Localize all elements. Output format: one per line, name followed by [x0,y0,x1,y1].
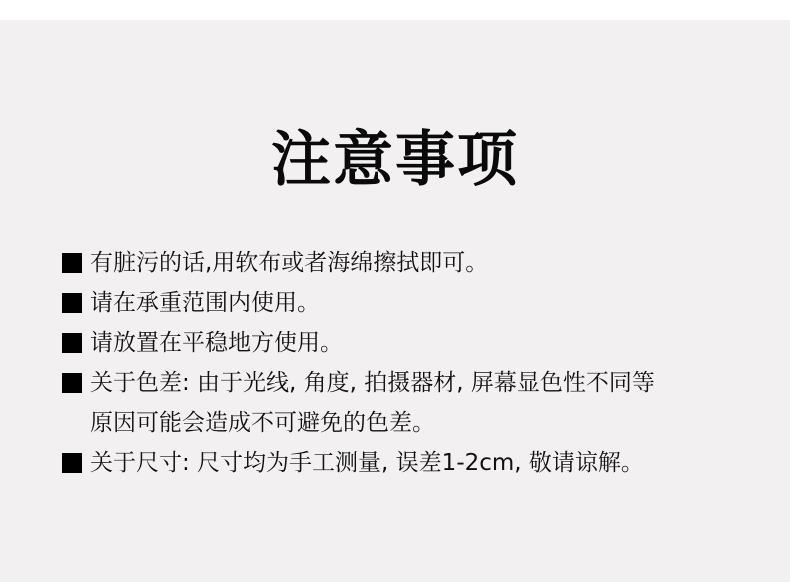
square-bullet-icon [62,453,82,473]
list-item: 请在承重范围内使用。 [62,283,762,323]
page-title: 注意事项 [0,124,790,196]
note-text: 原因可能会造成不可避免的色差。 [90,403,435,443]
list-item: 有脏污的话,用软布或者海绵擦拭即可。 [62,243,762,283]
note-text: 关于尺寸: 尺寸均为手工测量, 误差1-2cm, 敬请谅解。 [90,443,644,483]
note-text: 请在承重范围内使用。 [90,283,320,323]
square-bullet-icon [62,333,82,353]
list-item: 关于色差: 由于光线, 角度, 拍摄器材, 屏幕显色性不同等 [62,363,762,403]
list-item: 请放置在平稳地方使用。 [62,323,762,363]
square-bullet-icon [62,373,82,393]
square-bullet-icon [62,293,82,313]
list-item-continuation: 原因可能会造成不可避免的色差。 [62,403,762,443]
note-text: 请放置在平稳地方使用。 [90,323,343,363]
list-item: 关于尺寸: 尺寸均为手工测量, 误差1-2cm, 敬请谅解。 [62,443,762,483]
note-text: 有脏污的话,用软布或者海绵擦拭即可。 [90,243,488,283]
square-bullet-icon [62,253,82,273]
notes-list: 有脏污的话,用软布或者海绵擦拭即可。 请在承重范围内使用。 请放置在平稳地方使用… [62,243,762,483]
note-text: 关于色差: 由于光线, 角度, 拍摄器材, 屏幕显色性不同等 [90,363,655,403]
